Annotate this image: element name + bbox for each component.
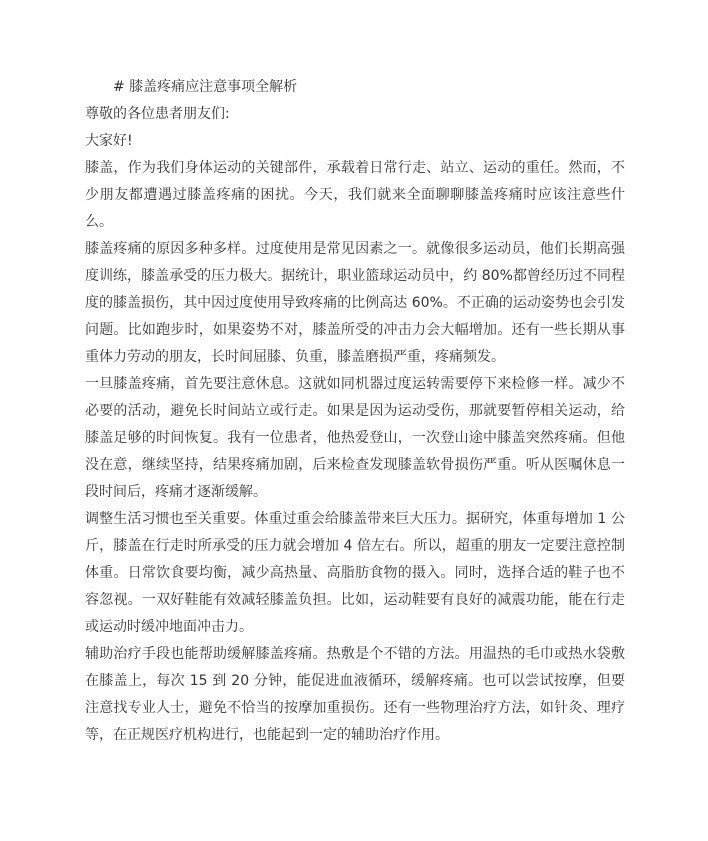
- document-title: # 膝盖疼痛应注意事项全解析: [85, 74, 625, 101]
- paragraph-lifestyle: 调整生活习惯也至关重要。体重过重会给膝盖带来巨大压力。据研究，体重每增加 1 公…: [85, 506, 625, 641]
- paragraph-rest: 一旦膝盖疼痛，首先要注意休息。这就如同机器过度运转需要停下来检修一样。减少不必要…: [85, 371, 625, 506]
- greeting-line: 大家好!: [85, 128, 625, 155]
- document-page: # 膝盖疼痛应注意事项全解析 尊敬的各位患者朋友们: 大家好! 膝盖，作为我们身…: [0, 0, 708, 841]
- paragraph-therapy: 辅助治疗手段也能帮助缓解膝盖疼痛。热敷是个不错的方法。用温热的毛巾或热水袋敷在膝…: [85, 641, 625, 749]
- paragraph-causes: 膝盖疼痛的原因多种多样。过度使用是常见因素之一。就像很多运动员，他们长期高强度训…: [85, 236, 625, 371]
- salutation-line: 尊敬的各位患者朋友们:: [85, 101, 625, 128]
- paragraph-intro: 膝盖，作为我们身体运动的关键部件，承载着日常行走、站立、运动的重任。然而，不少朋…: [85, 155, 625, 236]
